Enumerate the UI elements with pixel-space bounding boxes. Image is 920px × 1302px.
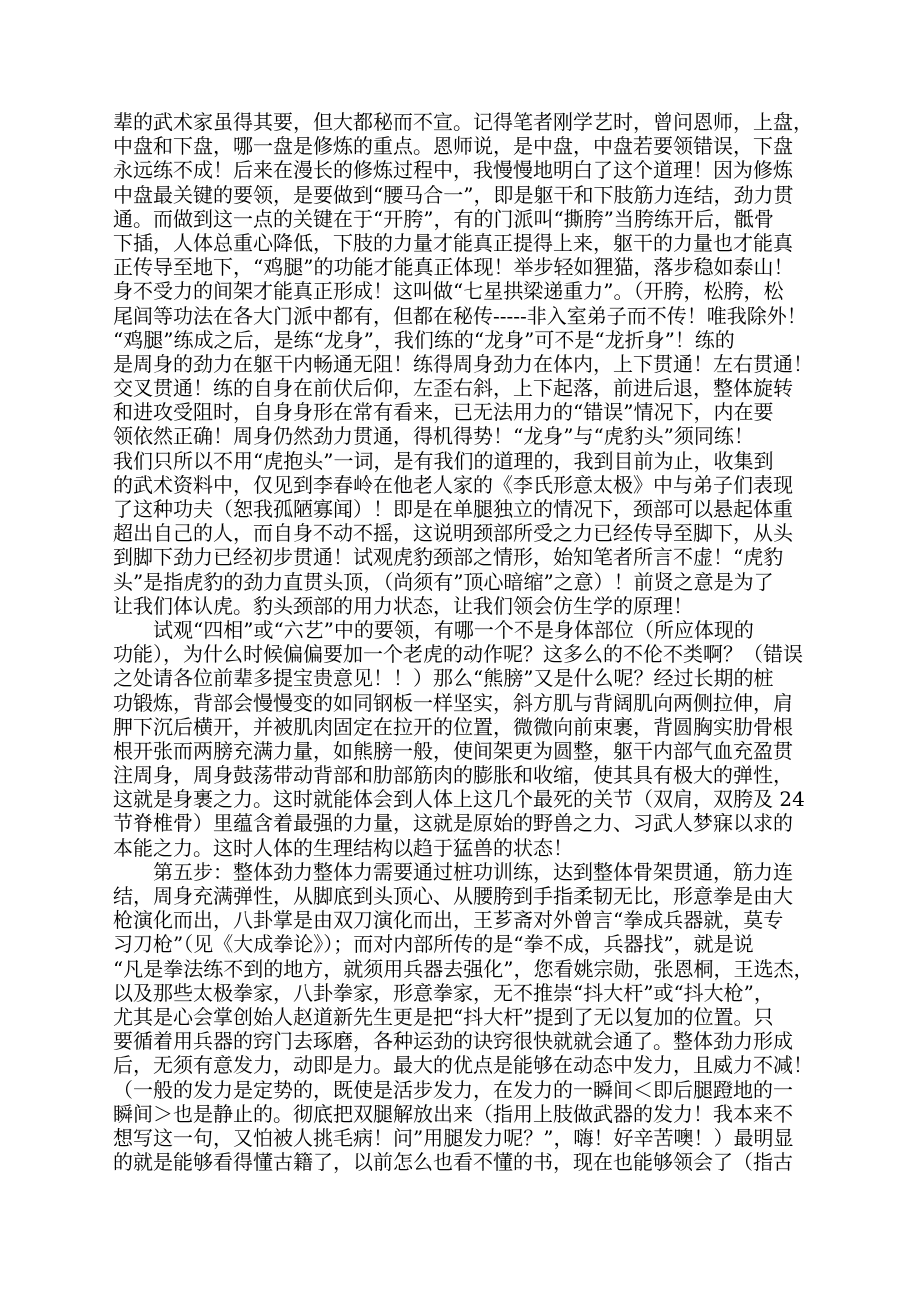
text-line: 胛下沉后横开，并被肌肉固定在拉开的位置，微微向前束裹，背圆胸实肋骨根 <box>113 715 810 739</box>
text-line: 这就是身裹之力。这时就能体会到人体上这几个最死的关节（双肩，双胯及 24 <box>113 787 810 811</box>
document-body: { "document": { "background_color": "#ff… <box>0 0 920 1302</box>
text-line: 永远练不成！后来在漫长的修炼过程中，我慢慢地明白了这个道理！因为修炼 <box>113 158 810 182</box>
text-line: 超出自己的人，而自身不动不摇，这说明颈部所受之力已经传导至脚下，从头 <box>113 521 810 545</box>
text-line: “鸡腿”练成之后，是练“龙身”，我们练的“龙身”可不是“龙折身”！练的 <box>113 328 810 352</box>
text-line: 我们只所以不用“虎抱头”一词，是有我们的道理的，我到目前为止，收集到 <box>113 449 810 473</box>
text-line: 中盘最关键的要领，是要做到“腰马合一”，即是躯干和下肢筋力连结，劲力贯 <box>113 183 810 207</box>
text-block: 辈的武术家虽得其要，但大都秘而不宣。记得笔者刚学艺时，曾问恩师，上盘，中盘和下盘… <box>113 110 810 1174</box>
text-line: 是周身的劲力在躯干内畅通无阻！练得周身劲力在体内，上下贯通！左右贯通！ <box>113 352 810 376</box>
text-line: （一般的发力是定势的，既使是活步发力，在发力的一瞬间＜即后腿蹬地的一 <box>113 1078 810 1102</box>
text-line: 根开张而两膀充满力量，如熊膀一般，使间架更为圆整，躯干内部气血充盈贯 <box>113 739 810 763</box>
text-line: 后，无须有意发力，动即是力。最大的优点是能够在动态中发力，且威力不减！ <box>113 1053 810 1077</box>
text-line: 了这种功夫（恕我孤陋寡闻）！即是在单腿独立的情况下，颈部可以悬起体重 <box>113 497 810 521</box>
text-line: 中盘和下盘，哪一盘是修炼的重点。恩师说，是中盘，中盘若要领错误，下盘 <box>113 134 810 158</box>
text-line: 的就是能够看得懂古籍了，以前怎么也看不懂的书，现在也能够领会了（指古 <box>113 1150 810 1174</box>
text-line: 尤其是心会掌创始人赵道新先生更是把“抖大杆”提到了无以复加的位置。只 <box>113 1005 810 1029</box>
text-line: 头”是指虎豹的劲力直贯头顶，（尚须有”顶心暗缩”之意）！前贤之意是为了 <box>113 570 810 594</box>
text-line: 枪演化而出，八卦掌是由双刀演化而出，王芗斋对外曾言“拳成兵器就，莫专 <box>113 908 810 932</box>
text-line: 让我们体认虎。豹头颈部的用力状态，让我们领会仿生学的原理！ <box>113 594 810 618</box>
text-line: 功锻炼，背部会慢慢变的如同钢板一样坚实，斜方肌与背阔肌向两侧拉伸，肩 <box>113 691 810 715</box>
text-line: 第五步：整体劲力整体力需要通过桩功训练，达到整体骨架贯通，筋力连 <box>113 860 810 884</box>
text-line: 要循着用兵器的窍门去琢磨，各种运劲的诀窍很快就就会通了。整体劲力形成 <box>113 1029 810 1053</box>
text-line: 交叉贯通！练的自身在前伏后仰，左歪右斜，上下起落，前进后退，整体旋转 <box>113 376 810 400</box>
text-line: 的武术资料中，仅见到李春岭在他老人家的《李氏形意太极》中与弟子们表现 <box>113 473 810 497</box>
text-line: 下插，人体总重心降低，下肢的力量才能真正提得上来，躯干的力量也才能真 <box>113 231 810 255</box>
text-line: 以及那些太极拳家，八卦拳家，形意拳家，无不推崇“抖大杆”或“抖大枪”， <box>113 981 810 1005</box>
text-line: 之处请各位前辈多提宝贵意见！！）那么“熊膀”又是什么呢？经过长期的桩 <box>113 666 810 690</box>
text-line: 和进攻受阻时，自身身形在常有看来，已无法用力的“错误”情况下，内在要 <box>113 400 810 424</box>
text-line: 辈的武术家虽得其要，但大都秘而不宣。记得笔者刚学艺时，曾问恩师，上盘， <box>113 110 810 134</box>
text-line: 到脚下劲力已经初步贯通！试观虎豹颈部之情形，始知笔者所言不虚！“虎豹 <box>113 545 810 569</box>
text-line: 尾闾等功法在各大门派中都有，但都在秘传-----非入室弟子而不传！唯我除外！ <box>113 304 810 328</box>
text-line: 功能），为什么时候偏偏要加一个老虎的动作呢？这多么的不伦不类啊？（错误 <box>113 642 810 666</box>
text-line: 瞬间＞也是静止的。彻底把双腿解放出来（指用上肢做武器的发力！我本来不 <box>113 1102 810 1126</box>
text-line: 注周身，周身鼓荡带动背部和肋部筋肉的膨胀和收缩，使其具有极大的弹性， <box>113 763 810 787</box>
text-line: 通。而做到这一点的关键在于“开胯”，有的门派叫“撕胯”当胯练开后，骶骨 <box>113 207 810 231</box>
document-page: 辈的武术家虽得其要，但大都秘而不宣。记得笔者刚学艺时，曾问恩师，上盘，中盘和下盘… <box>0 0 920 1302</box>
text-line: 结，周身充满弹性，从脚底到头顶心、从腰胯到手指柔韧无比，形意拳是由大 <box>113 884 810 908</box>
text-line: 想写这一句，又怕被人挑毛病！问”用腿发力呢？”，嗨！好辛苦噢！）最明显 <box>113 1126 810 1150</box>
text-line: 本能之力。这时人体的生理结构以趋于猛兽的状态！ <box>113 836 810 860</box>
text-line: 习刀枪”（见《大成拳论》）；而对内部所传的是“拳不成，兵器找”，就是说 <box>113 932 810 956</box>
text-line: 身不受力的间架才能真正形成！这叫做“七星拱梁递重力”。（开胯，松胯，松 <box>113 279 810 303</box>
text-line: 领依然正确！周身仍然劲力贯通，得机得势！“龙身”与“虎豹头”须同练！ <box>113 424 810 448</box>
text-line: 试观“四相”或“六艺”中的要领，有哪一个不是身体部位（所应体现的 <box>113 618 810 642</box>
text-line: 正传导至地下，“鸡腿”的功能才能真正体现！举步轻如狸猫，落步稳如泰山！ <box>113 255 810 279</box>
text-line: 节脊椎骨）里蕴含着最强的力量，这就是原始的野兽之力、习武人梦寐以求的 <box>113 811 810 835</box>
text-line: “凡是拳法练不到的地方，就须用兵器去强化”，您看姚宗勋，张恩桐，王选杰， <box>113 957 810 981</box>
